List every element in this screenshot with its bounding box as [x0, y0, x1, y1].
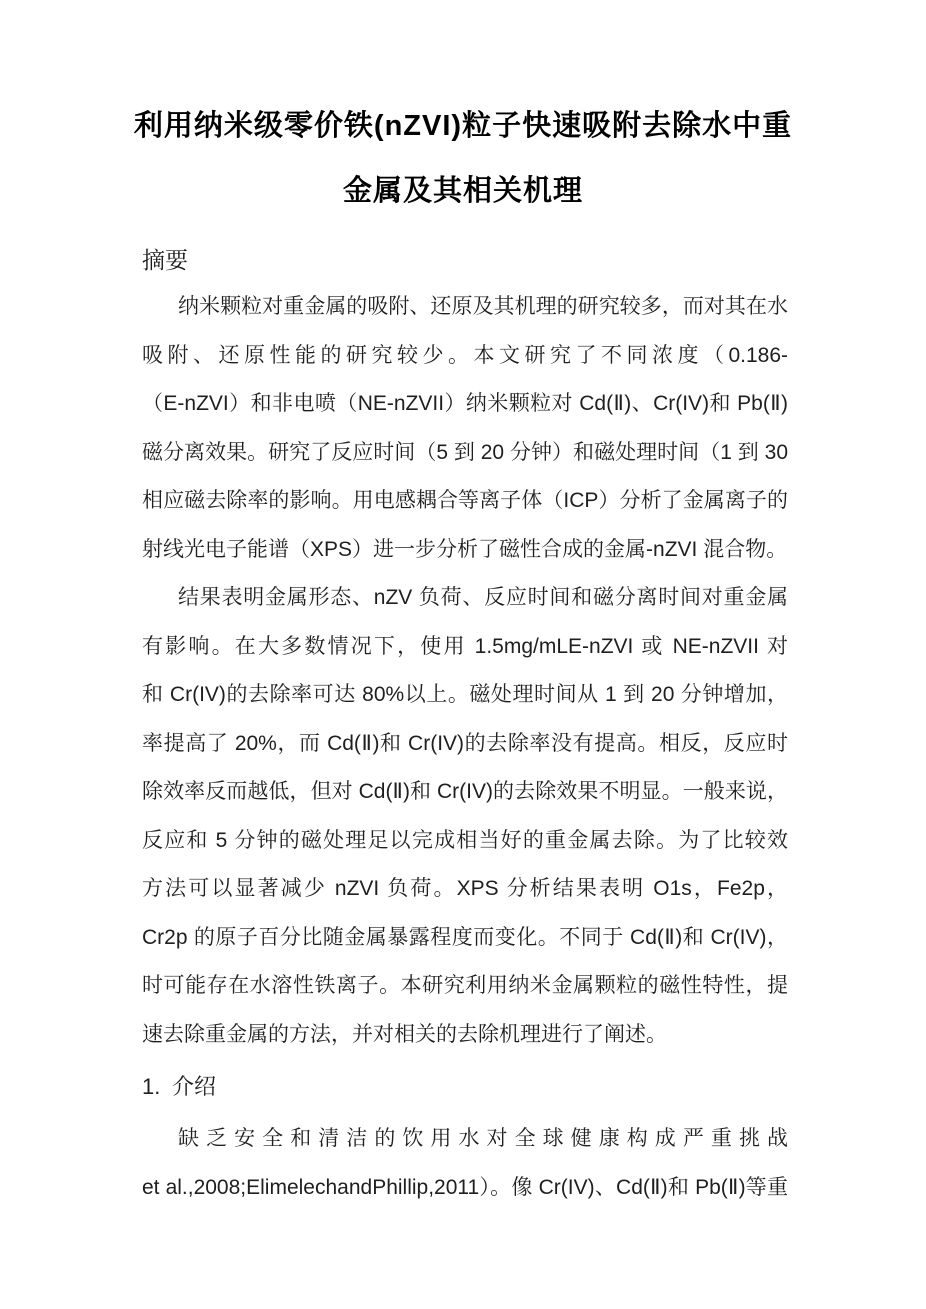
introduction-paragraph-1: 缺乏安全和清洁的饮用水对全球健康构成严重挑战（(Omenn,2006;Shann…: [142, 1115, 788, 1212]
paragraph-line: 磁分离效果。研究了反应时间（5 到 20 分钟）和磁处理时间（1 到 30 分钟…: [142, 429, 788, 478]
abstract-paragraph-1: 纳米颗粒对重金属的吸附、还原及其机理的研究较多，而对其在水溶液中的 吸附、还原性…: [142, 283, 788, 574]
paragraph-line: 有影响。在大多数情况下，使用 1.5mg/mLE-nZVI 或 NE-nZVII…: [142, 623, 788, 672]
paragraph-line: 反应和 5 分钟的磁处理足以完成相当好的重金属去除。为了比较效率，使用磁性: [142, 817, 788, 866]
document-title-line-2: 金属及其相关机理: [0, 159, 926, 224]
section-1-heading: 1.介绍: [142, 1067, 788, 1107]
paragraph-line: 时可能存在水溶性铁离子。本研究利用纳米金属颗粒的磁性特性，提出了一种快: [142, 962, 788, 1011]
paragraph-line: （E-nZVI）和非电喷（NE-nZVII）纳米颗粒对 Cd(Ⅱ)、Cr(IV)…: [142, 380, 788, 429]
paragraph-line: 吸附、还原性能的研究较少。本文研究了不同浓度（0.186-1.86mg/mL）的…: [142, 332, 788, 381]
document-title-line-1: 利用纳米级零价铁(nZVI)粒子快速吸附去除水中重: [0, 94, 926, 159]
paragraph-line: 结果表明金属形态、nZV 负荷、反应时间和磁分离时间对重金属的去除效果: [142, 574, 788, 623]
document-title: 利用纳米级零价铁(nZVI)粒子快速吸附去除水中重 金属及其相关机理: [0, 94, 926, 224]
paragraph-line: 除效率反而越低，但对 Cd(Ⅱ)和 Cr(IV)的去除效果不明显。一般来说，1 …: [142, 768, 788, 817]
paragraph-line: 射线光电子能谱（XPS）进一步分析了磁性合成的金属-nZVI 混合物。: [142, 526, 788, 575]
paragraph-line: 缺乏安全和清洁的饮用水对全球健康构成严重挑战（(Omenn,2006;Shann…: [142, 1115, 788, 1164]
paragraph-line: 率提高了 20%，而 Cd(Ⅱ)和 Cr(IV)的去除率没有提高。相反，反应时间…: [142, 720, 788, 769]
paragraph-line: 纳米颗粒对重金属的吸附、还原及其机理的研究较多，而对其在水溶液中的: [142, 283, 788, 332]
paragraph-line: 速去除重金属的方法，并对相关的去除机理进行了阐述。: [142, 1011, 788, 1060]
paragraph-line: Cr2p 的原子百分比随金属暴露程度而变化。不同于 Cd(Ⅱ)和 Cr(IV)，…: [142, 914, 788, 963]
abstract-paragraph-2: 结果表明金属形态、nZV 负荷、反应时间和磁分离时间对重金属的去除效果 有影响。…: [142, 574, 788, 1059]
paragraph-line: 相应磁去除率的影响。用电感耦合等离子体（ICP）分析了金属离子的浓度，用 X: [142, 477, 788, 526]
document-page: 利用纳米级零价铁(nZVI)粒子快速吸附去除水中重 金属及其相关机理 摘要 纳米…: [0, 0, 926, 1309]
section-1-title: 介绍: [172, 1074, 216, 1099]
paragraph-line: et al.,2008;ElimelechandPhillip,2011）。像 …: [142, 1164, 788, 1213]
abstract-heading: 摘要: [142, 243, 926, 277]
section-1-number: 1.: [142, 1067, 172, 1107]
paragraph-line: 和 Cr(IV)的去除率可达 80%以上。磁处理时间从 1 到 20 分钟增加，…: [142, 671, 788, 720]
paragraph-line: 方法可以显著减少 nZVI 负荷。XPS 分析结果表明 O1s，Fe2p，Cd3…: [142, 865, 788, 914]
